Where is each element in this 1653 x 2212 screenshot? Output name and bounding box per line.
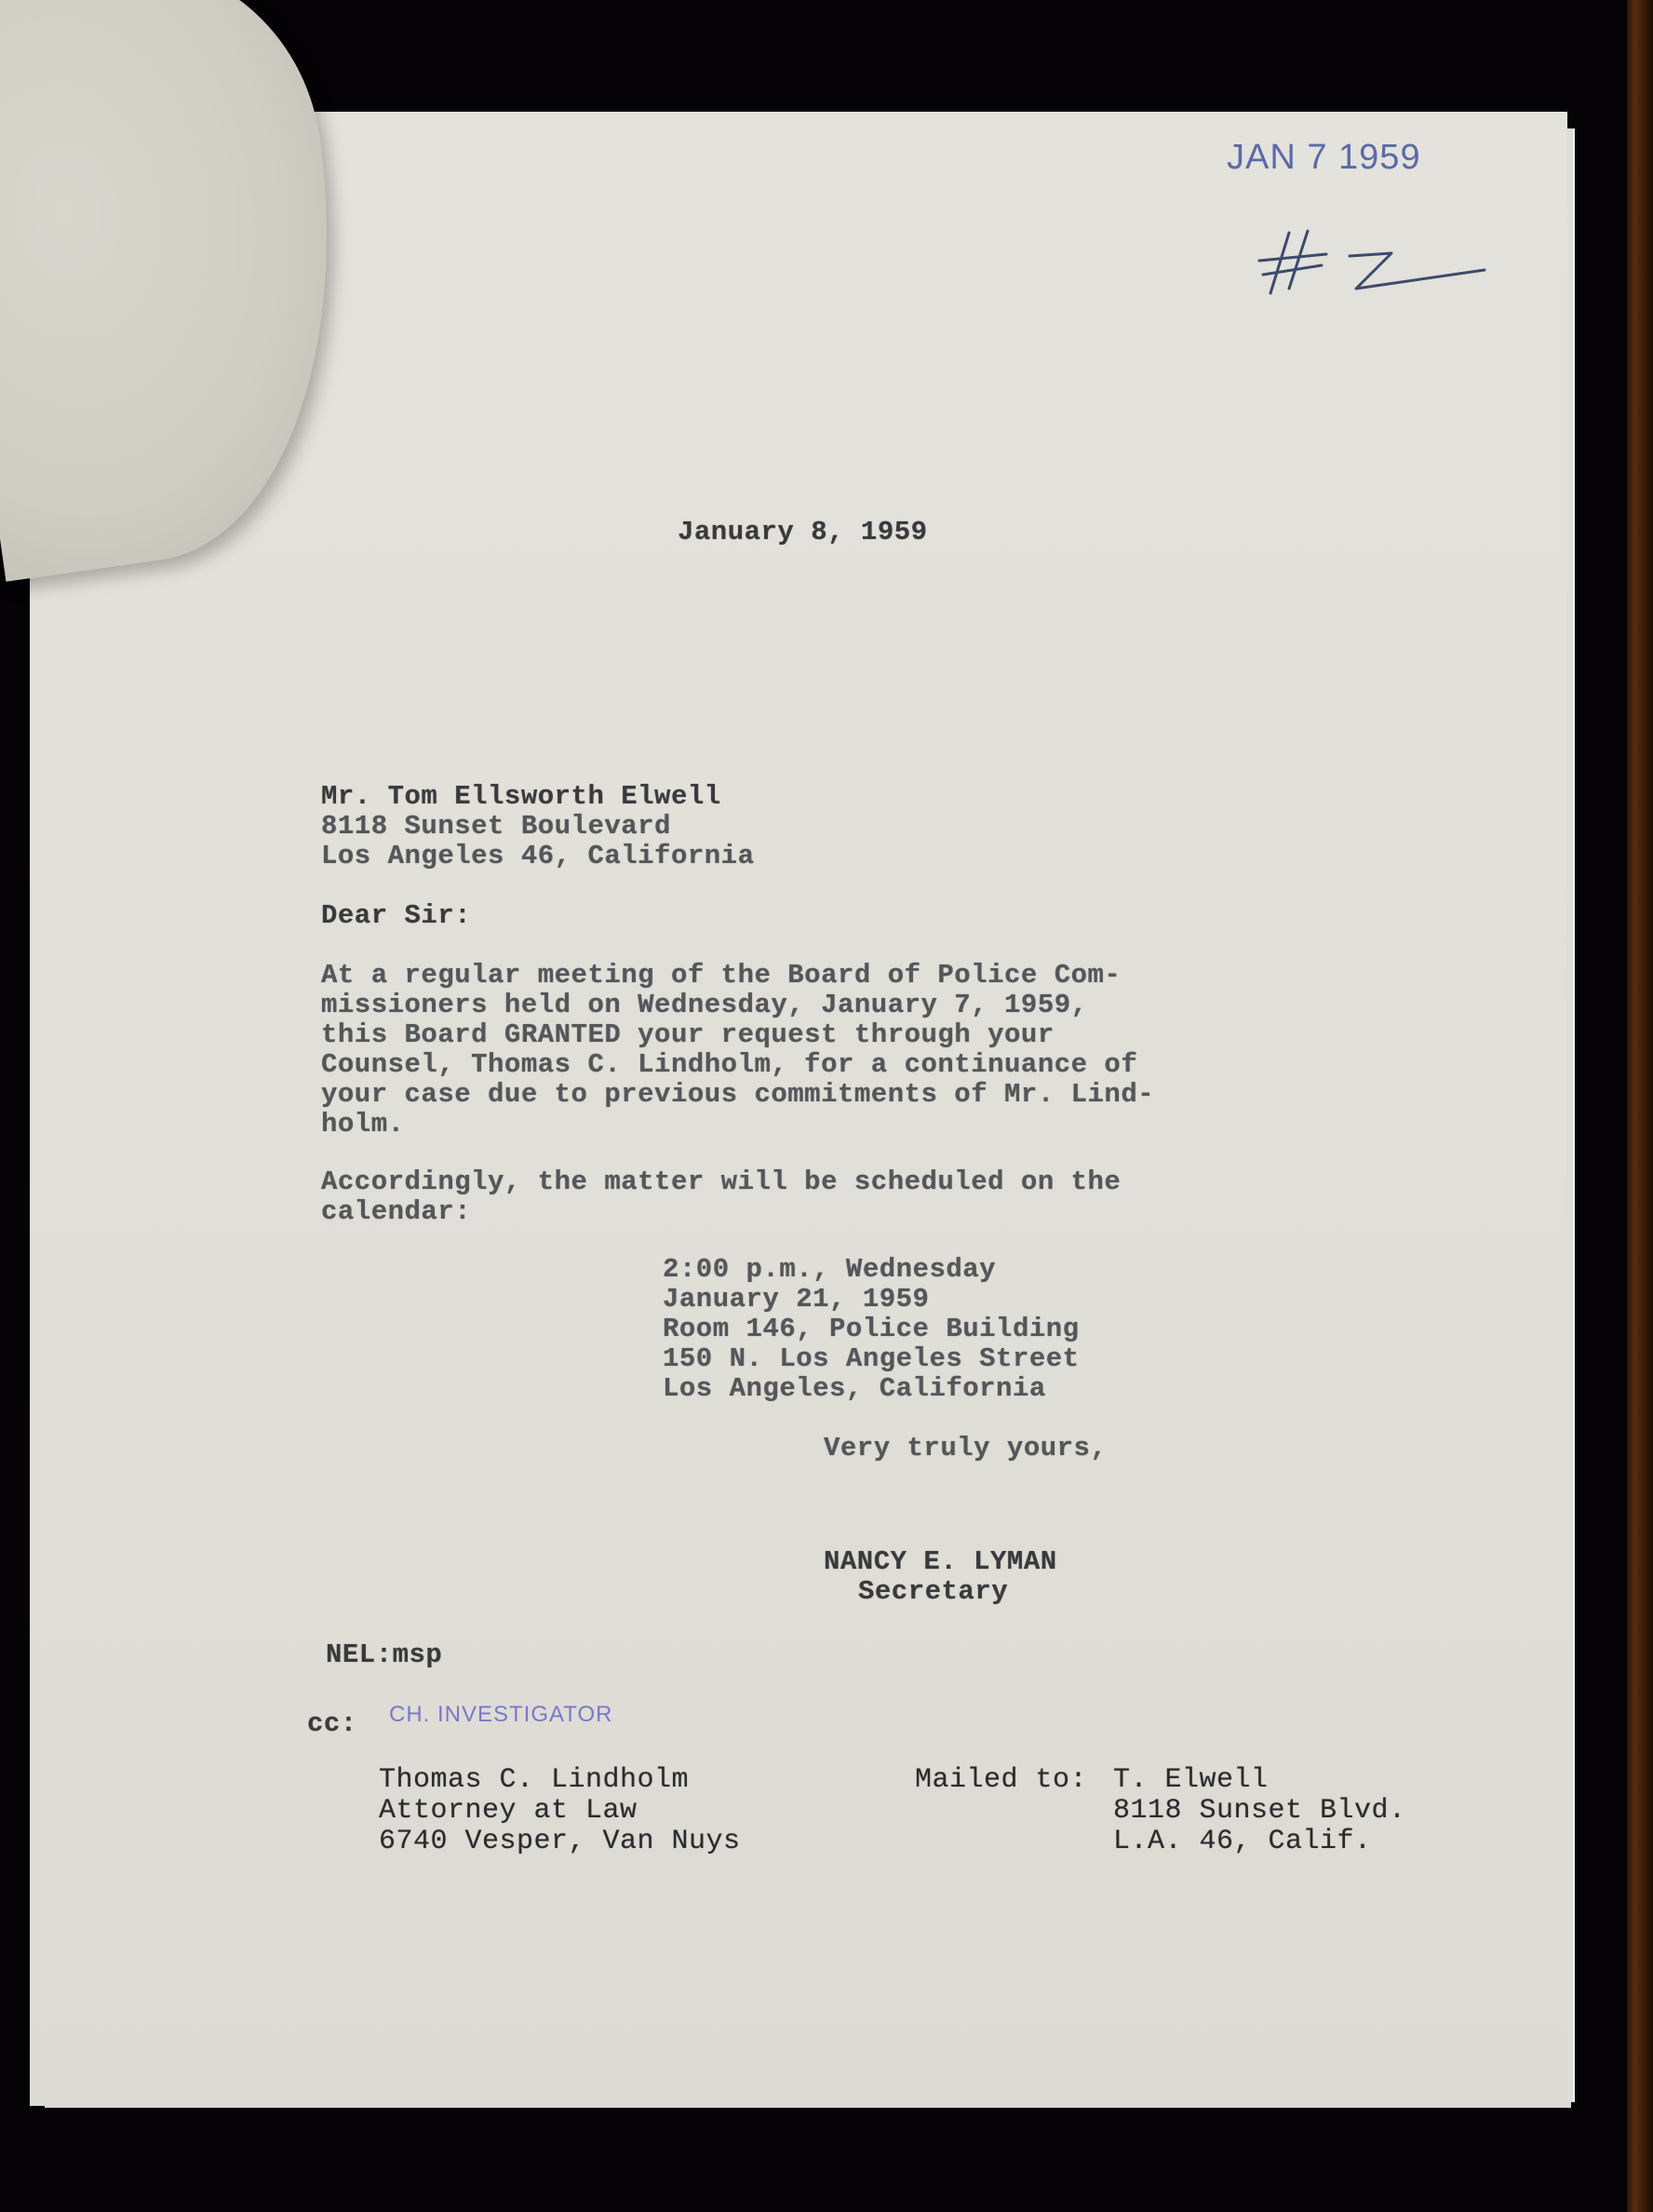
recipient-line: Los Angeles 46, California <box>321 842 754 871</box>
schedule-line: Room 146, Police Building <box>663 1315 1080 1344</box>
body-line: Accordingly, the matter will be schedule… <box>321 1167 1121 1197</box>
closing: Very truly yours, <box>824 1434 1107 1463</box>
cc-line: Thomas C. Lindholm <box>379 1765 689 1796</box>
mailed-to-line: T. Elwell <box>1113 1765 1269 1796</box>
schedule-line: 2:00 p.m., Wednesday <box>663 1255 996 1285</box>
mailed-to-line: L.A. 46, Calif. <box>1113 1827 1372 1857</box>
handwritten-number-note: #2 <box>1252 223 1494 298</box>
body-line: your case due to previous commitments of… <box>321 1080 1154 1110</box>
wood-table-edge <box>1627 0 1653 2212</box>
body-line: Counsel, Thomas C. Lindholm, for a conti… <box>321 1050 1137 1080</box>
signer-title: Secretary <box>858 1577 1008 1607</box>
mailed-to-label: Mailed to: <box>915 1765 1087 1796</box>
body-line: calendar: <box>321 1197 471 1227</box>
typist-initials: NEL:msp <box>326 1640 442 1670</box>
letter-date: January 8, 1959 <box>678 518 928 547</box>
body-line: this Board GRANTED your request through … <box>321 1020 1055 1050</box>
signer-name: NANCY E. LYMAN <box>824 1547 1057 1577</box>
schedule-line: 150 N. Los Angeles Street <box>663 1344 1080 1374</box>
salutation: Dear Sir: <box>321 901 471 931</box>
recipient-line: 8118 Sunset Boulevard <box>321 812 671 842</box>
received-date-stamp: JAN 7 1959 <box>1227 138 1421 178</box>
cc-label: cc: <box>307 1709 357 1739</box>
cc-line: Attorney at Law <box>379 1796 638 1827</box>
cc-line: 6740 Vesper, Van Nuys <box>379 1827 741 1857</box>
mailed-to-line: 8118 Sunset Blvd. <box>1113 1796 1406 1827</box>
body-line: missioners held on Wednesday, January 7,… <box>321 991 1088 1020</box>
schedule-line: January 21, 1959 <box>663 1285 929 1315</box>
body-line: holm. <box>321 1110 405 1140</box>
cc-investigator-stamp: CH. INVESTIGATOR <box>389 1702 612 1728</box>
body-line: At a regular meeting of the Board of Pol… <box>321 961 1121 991</box>
schedule-line: Los Angeles, California <box>663 1374 1046 1404</box>
recipient-line: Mr. Tom Ellsworth Elwell <box>321 782 721 812</box>
